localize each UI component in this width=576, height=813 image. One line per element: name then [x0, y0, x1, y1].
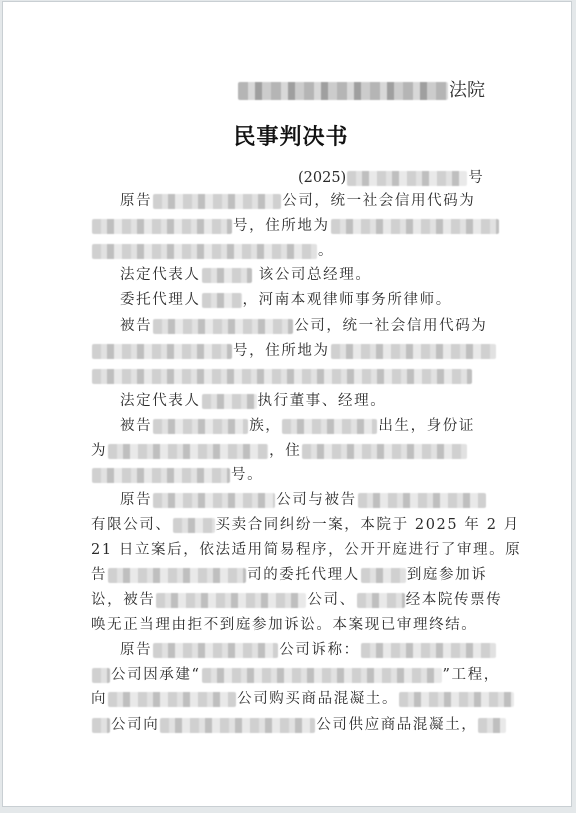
paragraph-line: 为，住	[91, 440, 491, 462]
paragraph-line: 21 日立案后，依法适用简易程序，公开开庭进行了审理。原	[91, 539, 491, 561]
redacted-credit-code	[92, 219, 232, 234]
text-segment: 公司、	[307, 592, 355, 608]
court-name: 法院	[3, 76, 576, 102]
paragraph-line-plaintiff: 原告公司，统一社会信用代码为	[91, 190, 491, 212]
text-segment: 公司，统一社会信用代码为	[294, 318, 487, 334]
paragraph-line: 号，住所地为	[91, 215, 491, 237]
redacted-name	[108, 692, 236, 707]
text-segment: 号。	[231, 467, 263, 483]
paragraph-line-agent: 委托代理人，河南本观律师事务所律师。	[91, 289, 491, 311]
redacted-address	[92, 369, 472, 384]
text-segment: 号，住所地为	[233, 218, 330, 234]
redacted-text	[399, 692, 514, 707]
document-page: 法院 民事判决书 (2025)号 原告公司，统一社会信用代码为 号，住所地为 。…	[2, 1, 572, 807]
text-segment: 委托代理人	[120, 292, 201, 308]
text-segment: 公司因承建“	[111, 667, 201, 683]
paragraph-line: 。	[91, 240, 491, 262]
text-segment: 出生，身份证	[378, 418, 475, 434]
redacted-name	[153, 643, 278, 658]
redacted-credit-code	[92, 344, 232, 359]
case-number-suffix: 号	[468, 170, 483, 186]
redacted-birthdate	[282, 419, 377, 434]
text-segment: 唤无正当理由拒不到庭参加诉讼。本案现已审理终结。	[91, 617, 477, 633]
paragraph-line-case-intro: 原告公司与被告	[91, 489, 491, 511]
redacted-name	[358, 493, 486, 508]
redacted-name	[108, 568, 246, 583]
redacted-court-prefix	[238, 82, 448, 100]
court-name-suffix: 法院	[449, 80, 485, 101]
text-segment: ，住	[269, 443, 301, 459]
text-segment: 公司诉称：	[279, 642, 360, 658]
text-segment: 。	[318, 243, 334, 259]
redacted-id-number	[108, 444, 268, 459]
redacted-name	[153, 493, 275, 508]
text-segment: 司的委托代理人	[247, 567, 360, 583]
text-segment: 告	[91, 567, 107, 583]
text-segment: 公司向	[111, 717, 159, 733]
redacted-address	[92, 468, 230, 483]
paragraph-line: 公司因承建“”工程，	[91, 664, 491, 686]
paragraph-line: 有限公司、买卖合同纠纷一案，本院于 2025 年 2 月	[91, 514, 491, 536]
redacted-name	[202, 268, 252, 283]
paragraph-line: 讼，被告公司、经本院传票传	[91, 589, 491, 611]
redacted-name	[173, 518, 215, 533]
redacted-text	[478, 718, 506, 733]
paragraph-line: 号。	[91, 464, 491, 486]
paragraph-line: 号，住所地为	[91, 340, 491, 362]
text-segment: 原告	[120, 492, 152, 508]
text-segment: 向	[91, 691, 107, 707]
text-segment: 为	[91, 443, 107, 459]
redacted-name	[153, 419, 248, 434]
document-title: 民事判决书	[3, 120, 576, 151]
redacted-address	[302, 444, 467, 459]
text-segment: 被告	[120, 318, 152, 334]
text-segment: 公司，统一社会信用代码为	[282, 193, 475, 209]
text-segment: 21 日立案后，依法适用简易程序，公开开庭进行了审理。原	[91, 542, 521, 558]
paragraph-line-defendant-2: 被告族，出生，身份证	[91, 415, 491, 437]
text-segment: 号，住所地为	[233, 343, 330, 359]
text-segment: 原告	[120, 193, 152, 209]
text-segment: 被告	[120, 418, 152, 434]
redacted-address	[92, 244, 317, 259]
redacted-name	[156, 593, 306, 608]
text-segment: ，河南本观律师事务所律师。	[243, 292, 452, 308]
redacted-name	[361, 643, 496, 658]
case-number-year: (2025)	[298, 170, 346, 186]
redacted-name	[92, 668, 110, 683]
redacted-name	[357, 593, 405, 608]
paragraph-line: 唤无正当理由拒不到庭参加诉讼。本案现已审理终结。	[91, 614, 491, 636]
redacted-name	[160, 718, 315, 733]
redacted-case-number	[347, 171, 467, 186]
paragraph-line: 公司向公司供应商品混凝土，	[91, 714, 491, 736]
redacted-name	[361, 568, 406, 583]
redacted-name	[92, 718, 110, 733]
paragraph-line: 向公司购买商品混凝土。	[91, 688, 491, 710]
redacted-address	[331, 344, 496, 359]
case-number: (2025)号	[298, 166, 483, 187]
paragraph-line-legal-rep: 法定代表人执行董事、经理。	[91, 390, 491, 412]
text-segment: ”工程，	[443, 667, 500, 683]
text-segment: 到庭参加诉	[407, 567, 488, 583]
redacted-name	[153, 319, 293, 334]
paragraph-line-legal-rep: 法定代表人 该公司总经理。	[91, 264, 491, 286]
text-segment: 公司供应商品混凝土，	[316, 717, 477, 733]
paragraph-line	[91, 365, 491, 387]
text-segment: 公司与被告	[276, 492, 357, 508]
paragraph-line-defendant: 被告公司，统一社会信用代码为	[91, 315, 491, 337]
text-segment: 族，	[249, 418, 281, 434]
text-segment: 有限公司、	[91, 517, 172, 533]
redacted-name	[202, 293, 242, 308]
redacted-project-name	[202, 668, 442, 683]
text-segment: 法定代表人	[120, 393, 201, 409]
text-segment: 买卖合同纠纷一案，本院于 2025 年 2 月	[216, 517, 520, 533]
paragraph-line-claim: 原告公司诉称：	[91, 639, 491, 661]
text-segment: 讼，被告	[91, 592, 155, 608]
text-segment: 原告	[120, 642, 152, 658]
text-segment: 经本院传票传	[406, 592, 503, 608]
text-segment: 公司购买商品混凝土。	[237, 691, 398, 707]
text-segment: 执行董事、经理。	[258, 393, 387, 409]
text-segment: 该公司总经理。	[259, 267, 372, 283]
text-segment: 法定代表人	[120, 267, 201, 283]
redacted-address	[331, 219, 499, 234]
paragraph-line: 告司的委托代理人到庭参加诉	[91, 564, 491, 586]
redacted-name	[153, 194, 281, 209]
redacted-name	[202, 394, 257, 409]
